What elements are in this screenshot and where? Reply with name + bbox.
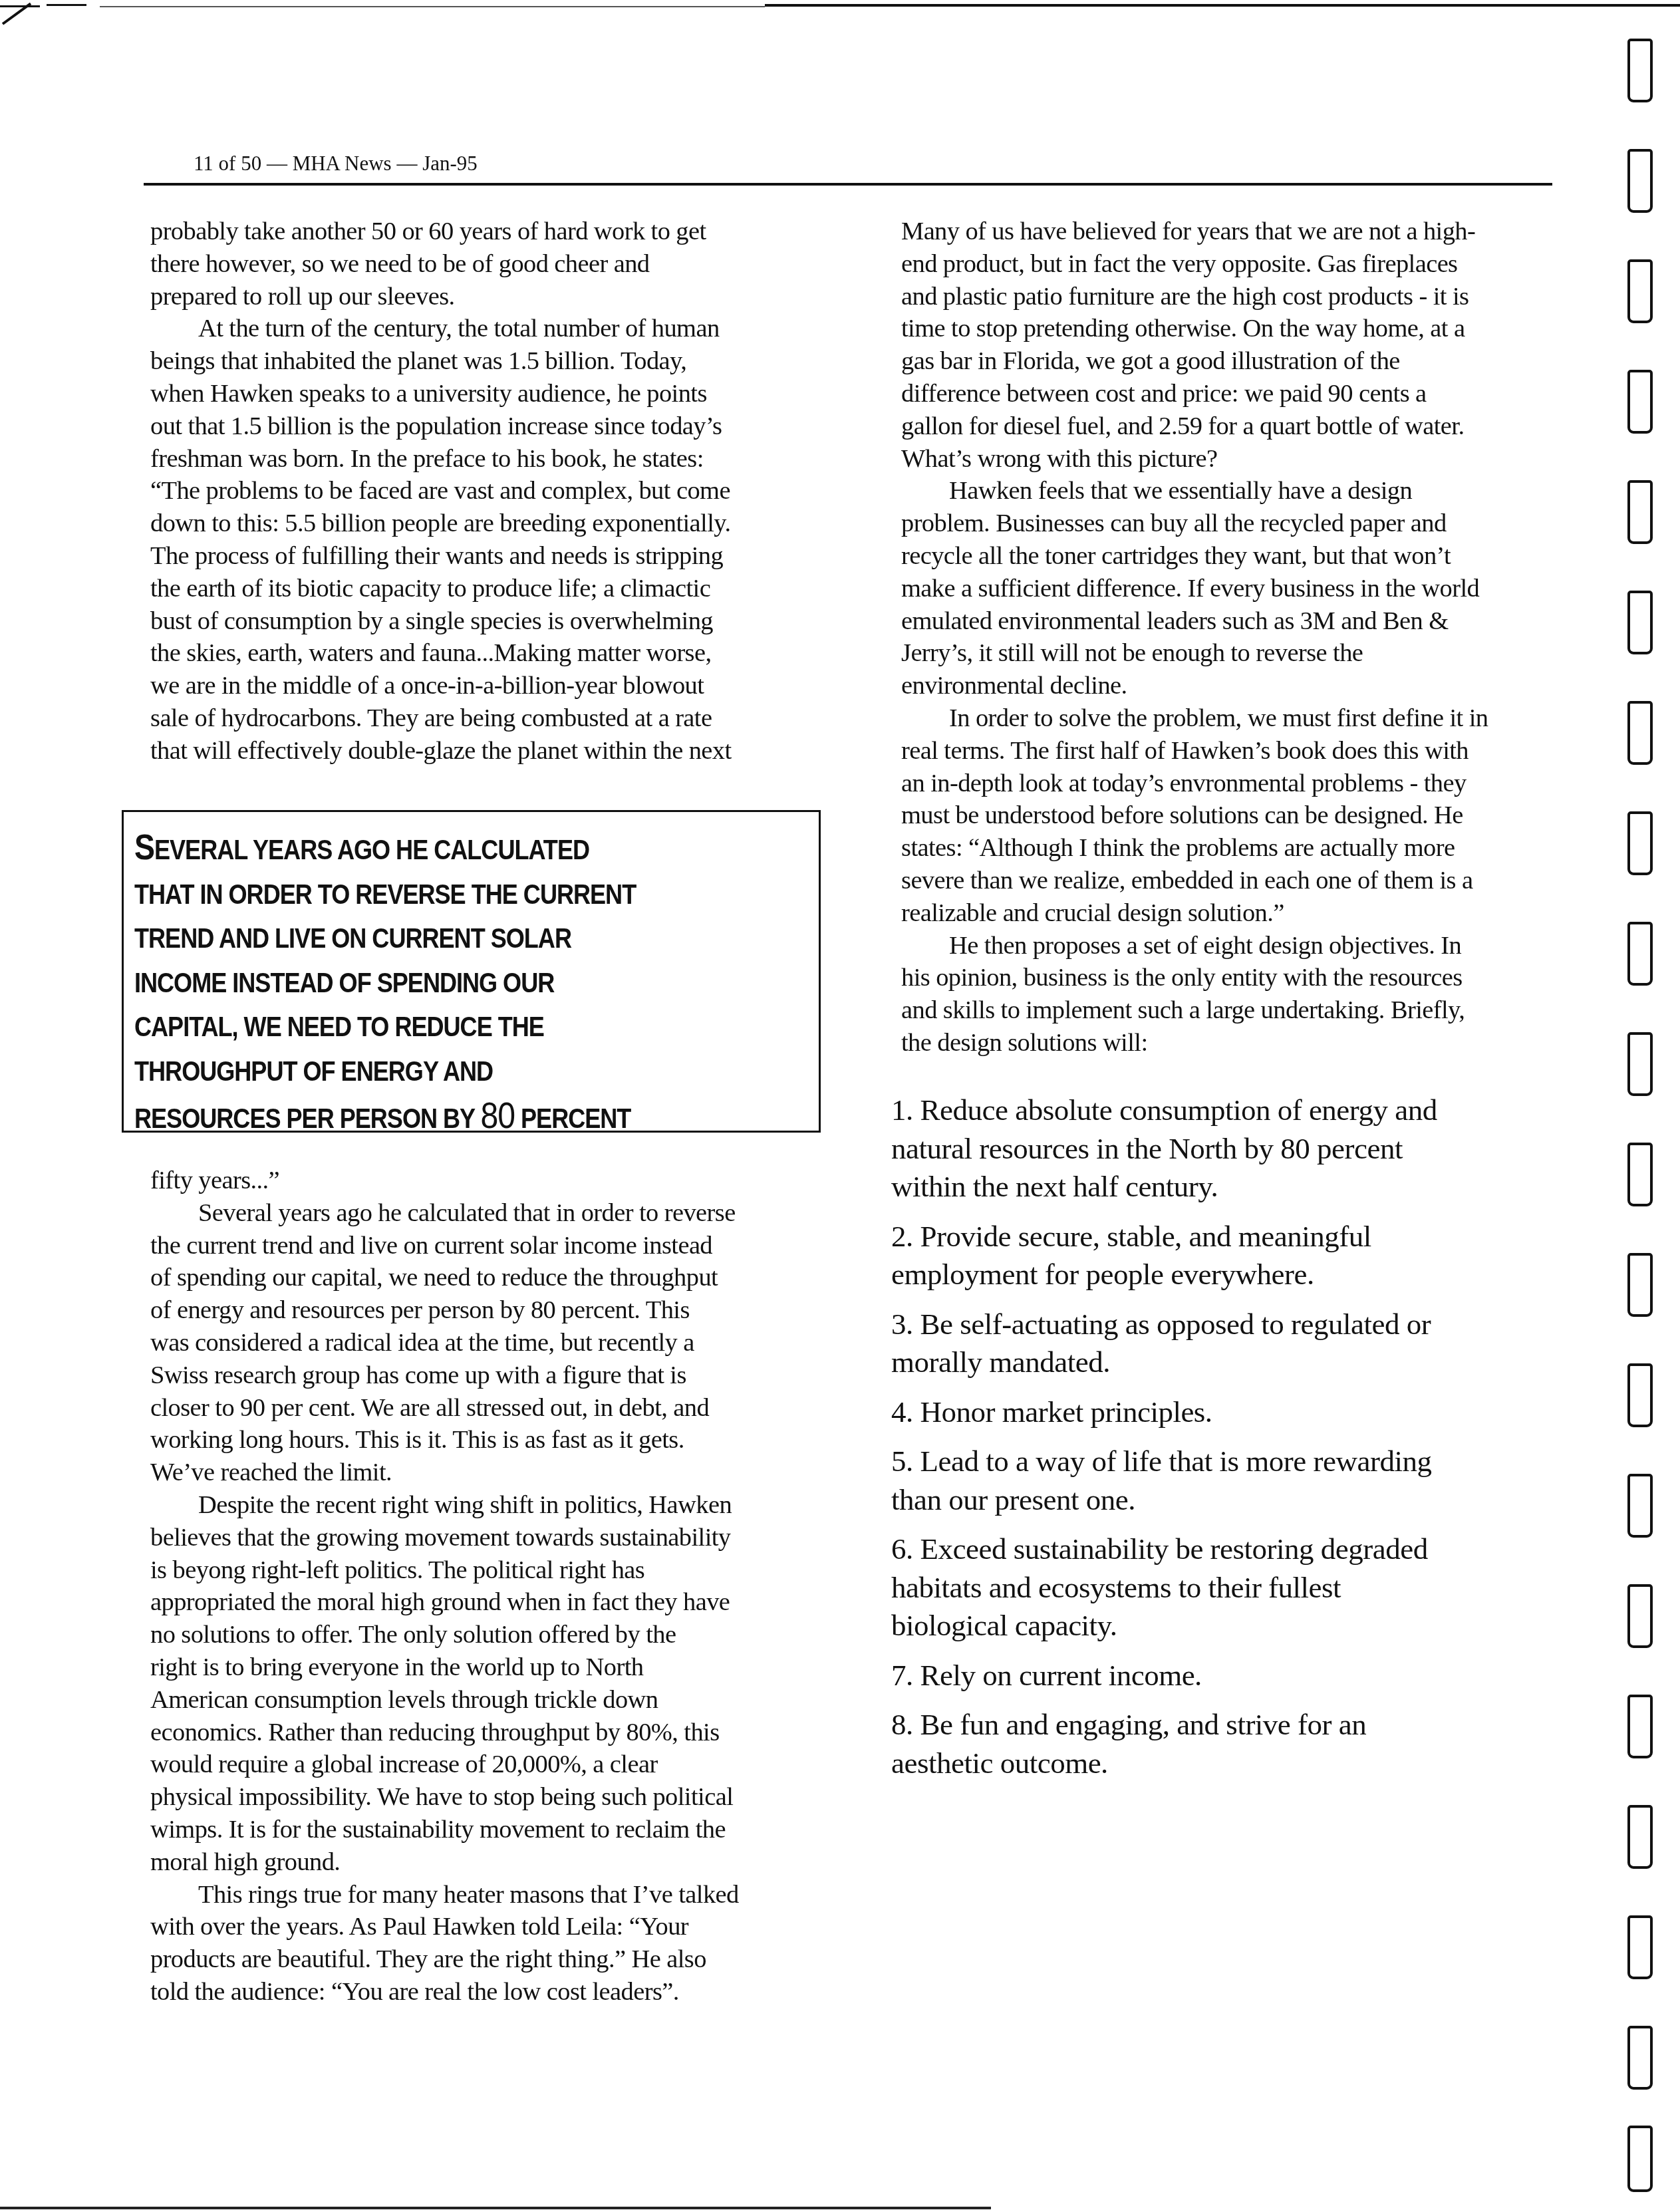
- text-line: his opinion, business is the only entity…: [901, 962, 1546, 994]
- text-line: This rings true for many heater masons t…: [150, 1879, 809, 1911]
- binder-hole-icon: [1627, 259, 1653, 323]
- text-line: must be understood before solutions can …: [901, 799, 1546, 832]
- pull-quote-line: throughput of energy and: [134, 1049, 636, 1094]
- text-line: gallon for diesel fuel, and 2.59 for a q…: [901, 410, 1546, 443]
- text-line: that will effectively double-glaze the p…: [150, 735, 809, 767]
- pull-quote-drop-letter: S: [134, 827, 154, 867]
- text-line: The process of fulfilling their wants an…: [150, 540, 809, 573]
- binder-hole-icon: [1627, 922, 1653, 986]
- text-line: the skies, earth, waters and fauna...Mak…: [150, 637, 809, 670]
- text-line: freshman was born. In the preface to his…: [150, 443, 809, 476]
- text-line: of energy and resources per person by 80…: [150, 1294, 809, 1327]
- pull-quote-line: Several years ago he calculated: [134, 825, 636, 873]
- binder-hole-icon: [1627, 1032, 1653, 1096]
- text-line: severe than we realize, embedded in each…: [901, 865, 1546, 897]
- text-line: told the audience: “You are real the low…: [150, 1976, 809, 2008]
- pull-quote-text: Several years ago he calculated that in …: [134, 825, 636, 1141]
- text-line: real terms. The first half of Hawken’s b…: [901, 735, 1546, 767]
- text-line: environmental decline.: [901, 670, 1546, 702]
- text-line: Despite the recent right wing shift in p…: [150, 1489, 809, 1522]
- text-line: What’s wrong with this picture?: [901, 443, 1546, 476]
- binder-hole-icon: [1627, 1695, 1653, 1758]
- pull-quote-box: Several years ago he calculated that in …: [122, 810, 821, 1133]
- text-line: when Hawken speaks to a university audie…: [150, 378, 809, 410]
- text-line: we are in the middle of a once-in-a-bill…: [150, 670, 809, 702]
- list-item: 8. Be fun and engaging, and strive for a…: [891, 1706, 1556, 1782]
- text-line: wimps. It is for the sustainability move…: [150, 1814, 809, 1846]
- text-line: He then proposes a set of eight design o…: [901, 930, 1546, 962]
- binder-hole-icon: [1627, 701, 1653, 765]
- text-line: out that 1.5 billion is the population i…: [150, 410, 809, 443]
- binder-hole-icon: [1627, 811, 1653, 875]
- text-line: prepared to roll up our sleeves.: [150, 281, 809, 313]
- binder-hole-icon: [1627, 480, 1653, 544]
- text-line: Jerry’s, it still will not be enough to …: [901, 637, 1546, 670]
- left-column-bottom-text: fifty years...” Several years ago he cal…: [150, 1165, 809, 2008]
- running-head: 11 of 50 — MHA News — Jan-95: [194, 152, 478, 176]
- text-line: down to this: 5.5 billion people are bre…: [150, 507, 809, 540]
- text-line: is beyong right-left politics. The polit…: [150, 1554, 809, 1587]
- binder-hole-icon: [1627, 2126, 1653, 2192]
- text-line: time to stop pretending otherwise. On th…: [901, 313, 1546, 345]
- binder-hole-icon: [1627, 1915, 1653, 1979]
- right-column-text: Many of us have believed for years that …: [901, 215, 1546, 1059]
- header-rule: [144, 183, 1552, 186]
- text-line: recycle all the toner cartridges they wa…: [901, 540, 1546, 573]
- list-item: 1. Reduce absolute consumption of energy…: [891, 1091, 1556, 1206]
- text-line: was considered a radical idea at the tim…: [150, 1327, 809, 1359]
- text-line: emulated environmental leaders such as 3…: [901, 605, 1546, 638]
- text-line: bust of consumption by a single species …: [150, 605, 809, 638]
- text-line: and plastic patio furniture are the high…: [901, 281, 1546, 313]
- pull-quote-line: trend and live on current solar: [134, 916, 636, 961]
- binder-hole-icon: [1627, 39, 1653, 102]
- text-line: “The problems to be faced are vast and c…: [150, 475, 809, 507]
- text-line: no solutions to offer. The only solution…: [150, 1619, 809, 1651]
- binder-hole-icon: [1627, 591, 1653, 654]
- pull-quote-line: that in order to reverse the current: [134, 873, 636, 917]
- binder-hole-icon: [1627, 1363, 1653, 1427]
- text-line: end product, but in fact the very opposi…: [901, 248, 1546, 281]
- text-line: right is to bring everyone in the world …: [150, 1651, 809, 1684]
- binding-holes: [1627, 0, 1667, 2212]
- list-item: 7. Rely on current income.: [891, 1657, 1556, 1695]
- pull-quote-line: capital, we need to reduce the: [134, 1005, 636, 1049]
- text-line: fifty years...”: [150, 1165, 809, 1197]
- text-line: probably take another 50 or 60 years of …: [150, 215, 809, 248]
- binder-hole-icon: [1627, 1253, 1653, 1317]
- text-line: moral high ground.: [150, 1846, 809, 1879]
- pull-quote-number: 80: [481, 1094, 515, 1136]
- text-line: gas bar in Florida, we got a good illust…: [901, 345, 1546, 378]
- text-line: appropriated the moral high ground when …: [150, 1586, 809, 1619]
- text-line: Hawken feels that we essentially have a …: [901, 475, 1546, 507]
- text-line: realizable and crucial design solution.”: [901, 897, 1546, 930]
- text-line: working long hours. This is it. This is …: [150, 1424, 809, 1456]
- list-item: 4. Honor market principles.: [891, 1393, 1556, 1432]
- design-objectives-list: 1. Reduce absolute consumption of energy…: [891, 1091, 1556, 1794]
- text-line: American consumption levels through tric…: [150, 1684, 809, 1717]
- left-column-top-text: probably take another 50 or 60 years of …: [150, 215, 809, 767]
- binder-hole-icon: [1627, 2026, 1653, 2090]
- text-line: closer to 90 per cent. We are all stress…: [150, 1392, 809, 1425]
- text-line: problem. Businesses can buy all the recy…: [901, 507, 1546, 540]
- scan-artifact-bottom-edge: [0, 2207, 991, 2209]
- text-line: believes that the growing movement towar…: [150, 1522, 809, 1554]
- text-line: products are beautiful. They are the rig…: [150, 1943, 809, 1976]
- text-line: the earth of its biotic capacity to prod…: [150, 573, 809, 605]
- text-line: the design solutions will:: [901, 1027, 1546, 1059]
- text-line: Many of us have believed for years that …: [901, 215, 1546, 248]
- text-line: Swiss research group has come up with a …: [150, 1359, 809, 1392]
- pull-quote-line: income instead of spending our: [134, 961, 636, 1006]
- text-line: there however, so we need to be of good …: [150, 248, 809, 281]
- scan-artifact-top-edge: [0, 4, 1680, 8]
- binder-hole-icon: [1627, 370, 1653, 434]
- binder-hole-icon: [1627, 1474, 1653, 1538]
- scanned-newsletter-page: 11 of 50 — MHA News — Jan-95 probably ta…: [0, 0, 1680, 2212]
- text-line: sale of hydrocarbons. They are being com…: [150, 702, 809, 735]
- text-line: At the turn of the century, the total nu…: [150, 313, 809, 345]
- binder-hole-icon: [1627, 1143, 1653, 1206]
- text-line: would require a global increase of 20,00…: [150, 1748, 809, 1781]
- text-line: of spending our capital, we need to redu…: [150, 1262, 809, 1294]
- text-line: with over the years. As Paul Hawken told…: [150, 1911, 809, 1943]
- text-line: beings that inhabited the planet was 1.5…: [150, 345, 809, 378]
- list-item: 6. Exceed sustainability be restoring de…: [891, 1530, 1556, 1645]
- text-line: an in-depth look at today’s envronmental…: [901, 767, 1546, 800]
- pull-quote-line: resources per person by 80 percent: [134, 1093, 636, 1141]
- text-line: economics. Rather than reducing throughp…: [150, 1717, 809, 1749]
- binder-hole-icon: [1627, 1584, 1653, 1648]
- list-item: 5. Lead to a way of life that is more re…: [891, 1443, 1556, 1519]
- binder-hole-icon: [1627, 1805, 1653, 1869]
- list-item: 2. Provide secure, stable, and meaningfu…: [891, 1218, 1556, 1294]
- text-line: Several years ago he calculated that in …: [150, 1197, 809, 1230]
- list-item: 3. Be self-actuating as opposed to regul…: [891, 1306, 1556, 1382]
- text-line: states: “Although I think the problems a…: [901, 832, 1546, 865]
- text-line: and skills to implement such a large und…: [901, 994, 1546, 1027]
- text-line: In order to solve the problem, we must f…: [901, 702, 1546, 735]
- text-line: We’ve reached the limit.: [150, 1456, 809, 1489]
- text-line: make a sufficient difference. If every b…: [901, 573, 1546, 605]
- text-line: physical impossibility. We have to stop …: [150, 1781, 809, 1814]
- binder-hole-icon: [1627, 149, 1653, 213]
- text-line: the current trend and live on current so…: [150, 1230, 809, 1262]
- text-line: difference between cost and price: we pa…: [901, 378, 1546, 410]
